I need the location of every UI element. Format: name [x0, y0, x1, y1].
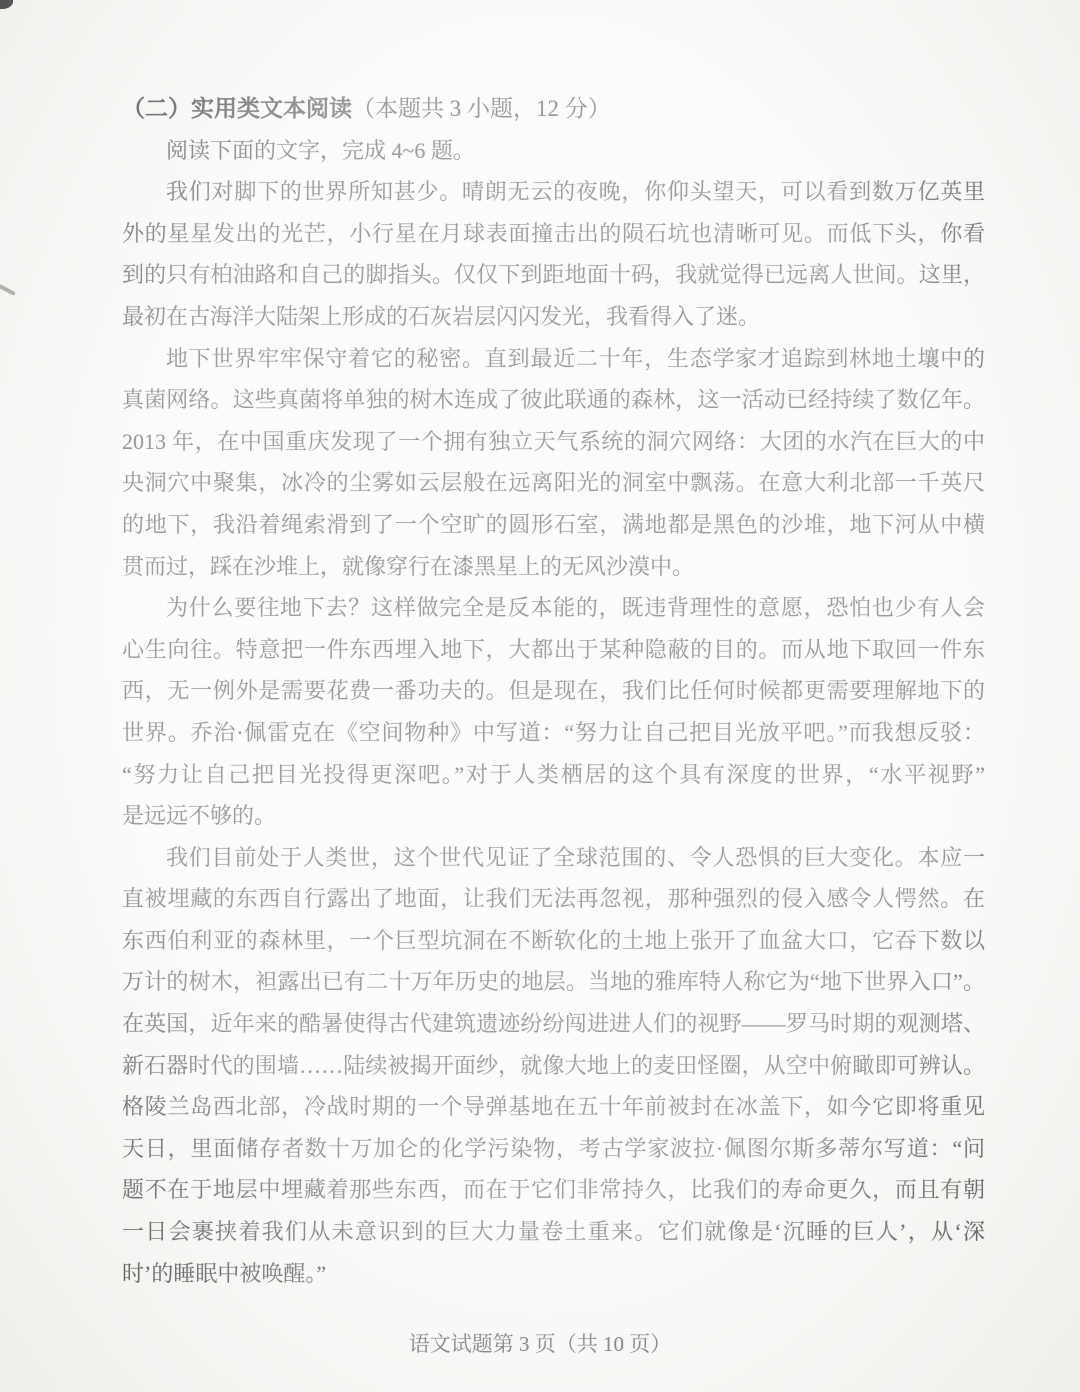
passage-line: 心生向往。特意把一件东西埋入地下，大都出于某种隐蔽的目的。而从地下取回一件东 [122, 629, 985, 671]
instruction-line: 阅读下面的文字，完成 4~6 题。 [122, 130, 985, 172]
section-heading-title: （二）实用类文本阅读 [122, 96, 352, 121]
passage-line: 新石器时代的围墙……陆续被揭开面纱，就像大地上的麦田怪圈，从空中俯瞰即可辨认。 [122, 1045, 985, 1087]
scan-artifact-corner [0, 0, 13, 9]
passage-line: 真菌网络。这些真菌将单独的树木连成了彼此联通的森林，这一活动已经持续了数亿年。 [122, 379, 985, 421]
passage-line: 世界。乔治·佩雷克在《空间物种》中写道：“努力让自己把目光放平吧。”而我想反驳： [122, 712, 985, 754]
passage-line: 为什么要往地下去？这样做完全是反本能的，既违背理性的意愿，恐怕也少有人会 [122, 587, 985, 629]
section-heading: （二）实用类文本阅读（本题共 3 小题，12 分） [122, 88, 985, 130]
passage-line: 地下世界牢牢保守着它的秘密。直到最近二十年，生态学家才追踪到林地土壤中的 [122, 338, 985, 380]
passage-line: 我们对脚下的世界所知甚少。晴朗无云的夜晚，你仰头望天，可以看到数万亿英里 [122, 171, 985, 213]
exam-paper-page: （二）实用类文本阅读（本题共 3 小题，12 分） 阅读下面的文字，完成 4~6… [0, 0, 1080, 1392]
passage-line: 在英国，近年来的酷暑使得古代建筑遗迹纷纷闯进进人们的视野——罗马时期的观测塔、 [122, 1003, 985, 1045]
passage-line: 我们目前处于人类世，这个世代见证了全球范围的、令人恐惧的巨大变化。本应一 [122, 837, 985, 879]
passage-line: 直被埋藏的东西自行露出了地面，让我们无法再忽视，那种强烈的侵入感令人愕然。在 [122, 878, 985, 920]
passage-line: 一日会裹挟着我们从未意识到的巨大力量卷土重来。它们就像是‘沉睡的巨人’，从‘深 [122, 1211, 985, 1253]
passage-line: 万计的树木，袒露出已有二十万年历史的地层。当地的雅库特人称它为“地下世界入口”。 [122, 961, 985, 1003]
scan-artifact-streak [0, 284, 16, 296]
passage-line: 2013 年，在中国重庆发现了一个拥有独立天气系统的洞穴网络：大团的水汽在巨大的… [122, 421, 985, 463]
passage-line: 天日，里面储存者数十万加仑的化学污染物，考古学家波拉·佩图尔斯多蒂尔写道：“问 [122, 1128, 985, 1170]
passage-line: 题不在于地层中埋藏着那些东西，而在于它们非常持久，比我们的寿命更久，而且有朝 [122, 1169, 985, 1211]
passage-line: 是远远不够的。 [122, 795, 985, 837]
passage-line: 到的只有柏油路和自己的脚指头。仅仅下到距地面十码，我就觉得已远离人世间。这里， [122, 254, 985, 296]
passage-line: “努力让自己把目光投得更深吧。”对于人类栖居的这个具有深度的世界，“水平视野” [122, 754, 985, 796]
passage-line: 的地下，我沿着绳索滑到了一个空旷的圆形石室，满地都是黑色的沙堆，地下河从中横 [122, 504, 985, 546]
passage-line: 西，无一例外是需要花费一番功夫的。但是现在，我们比任何时候都更需要理解地下的 [122, 670, 985, 712]
passage-line: 贯而过，踩在沙堆上，就像穿行在漆黑星上的无风沙漠中。 [122, 546, 985, 588]
passage-content: （二）实用类文本阅读（本题共 3 小题，12 分） 阅读下面的文字，完成 4~6… [122, 88, 985, 1294]
passage-line: 时’的睡眠中被唤醒。” [122, 1253, 985, 1295]
passage-line: 央洞穴中聚集，冰冷的尘雾如云层般在远离阳光的洞室中飘荡。在意大利北部一千英尺 [122, 462, 985, 504]
passage-line: 最初在古海洋大陆架上形成的石灰岩层闪闪发光，我看得入了迷。 [122, 296, 985, 338]
page-footer: 语文试题第 3 页（共 10 页） [0, 1328, 1080, 1358]
passage-line: 东西伯利亚的森林里，一个巨型坑洞在不断软化的土地上张开了血盆大口，它吞下数以 [122, 920, 985, 962]
passage-line: 格陵兰岛西北部，冷战时期的一个导弹基地在五十年前被封在冰盖下，如今它即将重见 [122, 1086, 985, 1128]
section-heading-meta: （本题共 3 小题，12 分） [352, 96, 611, 121]
passage-line: 外的星星发出的光芒，小行星在月球表面撞击出的陨石坑也清晰可见。而低下头，你看 [122, 213, 985, 255]
